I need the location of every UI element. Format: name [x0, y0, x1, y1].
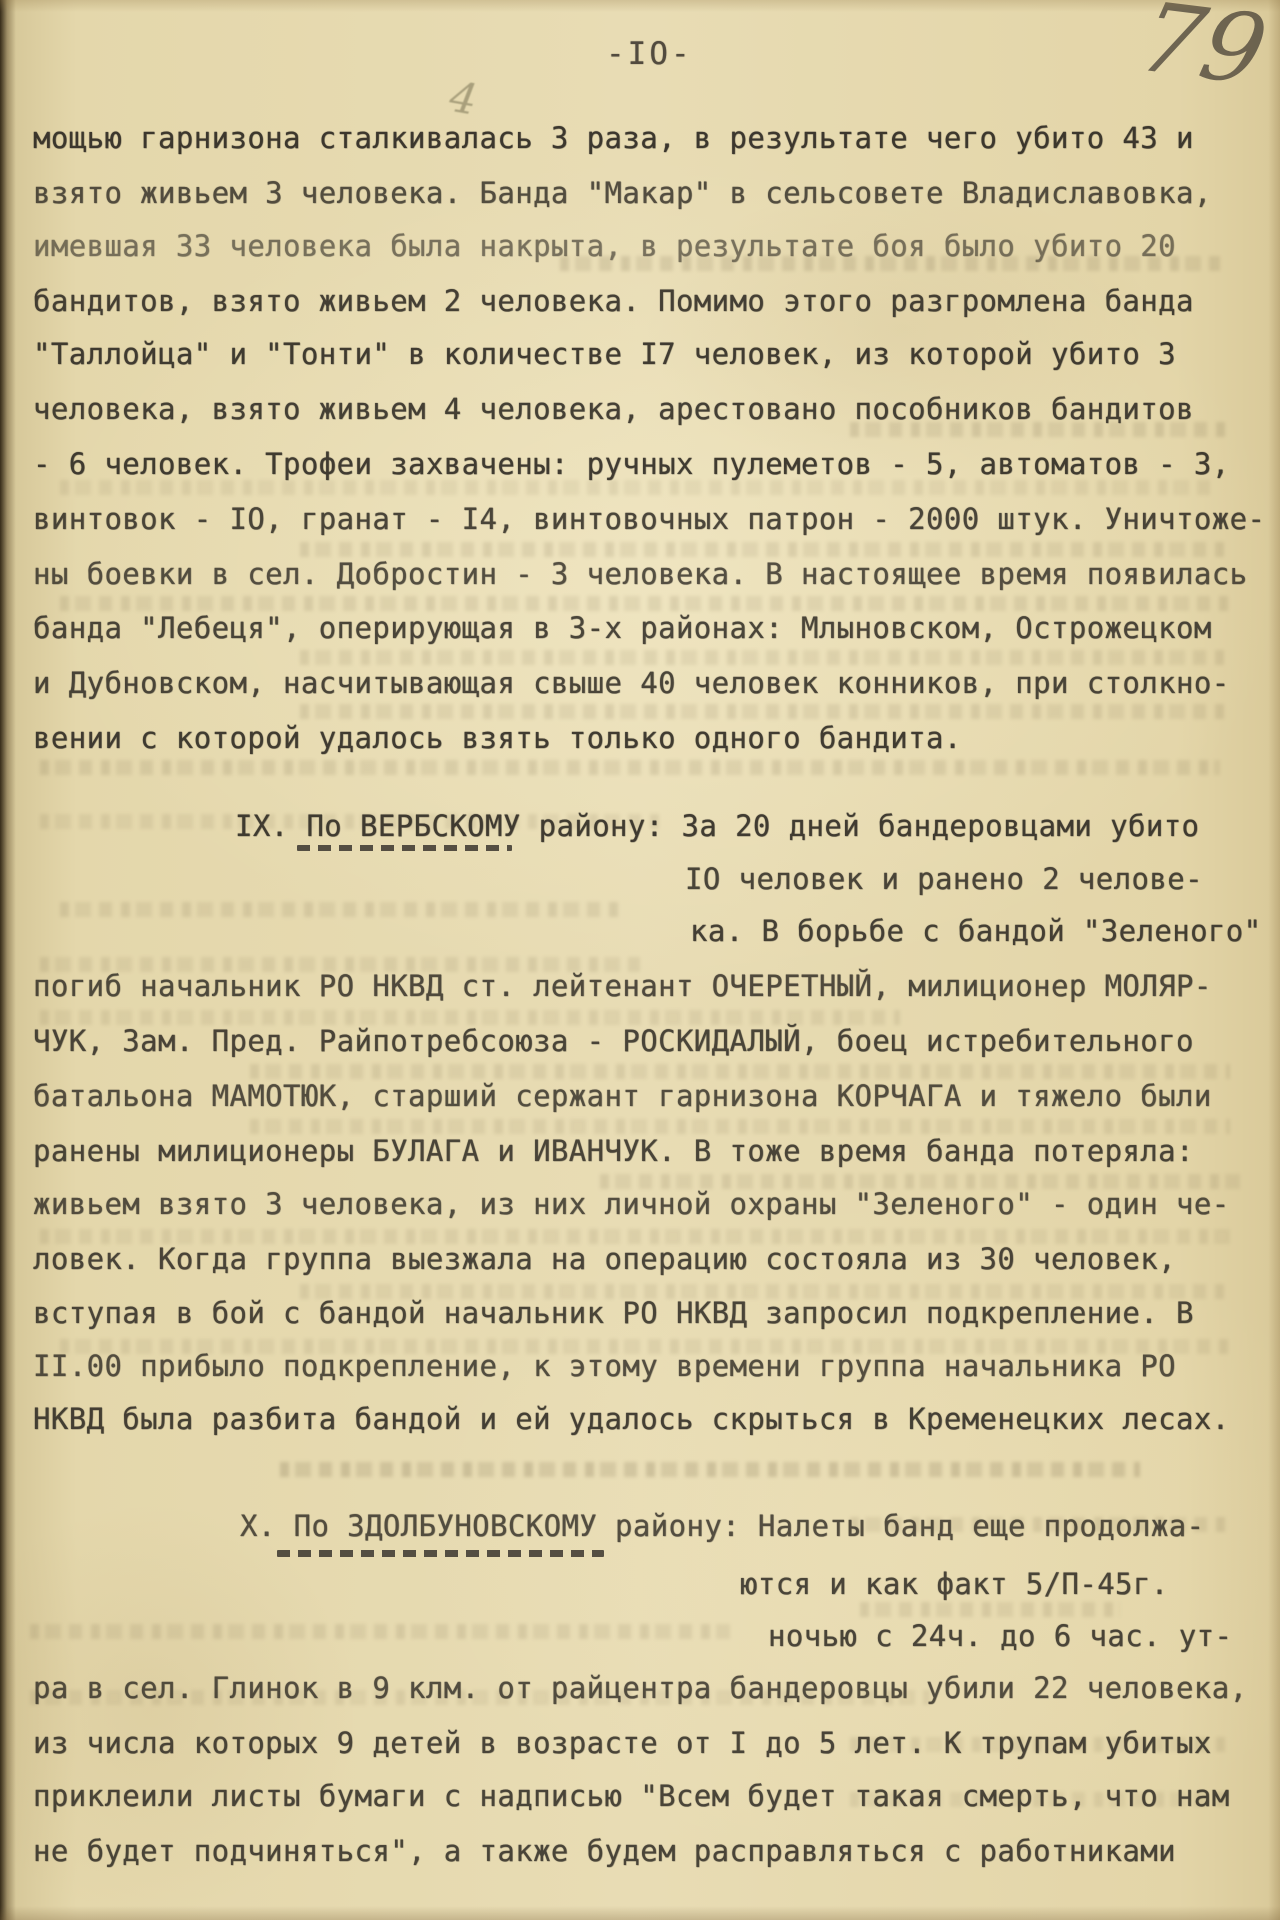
- section-heading-line: Х. По ЗДОЛБУНОВСКОМУ району: Налеты банд…: [240, 1512, 1204, 1541]
- paper-stain: [640, 180, 1160, 480]
- bleed-through-texture: [280, 1462, 1140, 1477]
- typed-line: взято живьем 3 человека. Банда "Макар" в…: [33, 179, 1212, 208]
- typed-line: II.00 прибыло подкрепление, к этому врем…: [33, 1352, 1176, 1381]
- typed-line: ранены милиционеры БУЛАГА и ИВАНЧУК. В т…: [33, 1137, 1194, 1166]
- typed-line: человека, взято живьем 4 человека, арест…: [33, 395, 1194, 424]
- typed-line: вении с которой удалось взять только одн…: [33, 724, 962, 753]
- typed-line: ночью с 24ч. до 6 час. ут-: [768, 1622, 1232, 1651]
- typed-line: ра в сел. Глинок в 9 клм. от райцентра б…: [33, 1674, 1247, 1703]
- bleed-through-texture: [60, 480, 1210, 495]
- typed-line: имевшая 33 человека была накрыта, в резу…: [33, 232, 1176, 261]
- bleed-through-texture: [250, 1064, 1230, 1079]
- section-x-heading-underline: [277, 1550, 604, 1557]
- typed-line: батальона МАМОТЮК, старший сержант гарни…: [33, 1082, 1212, 1111]
- section-ix-heading-underline: [297, 845, 512, 851]
- bleed-through-texture: [300, 650, 1230, 665]
- bleed-through-texture: [300, 542, 1230, 557]
- typed-line: погиб начальник РО НКВД ст. лейтенант ОЧ…: [33, 972, 1212, 1001]
- page-number: -IO-: [606, 36, 693, 72]
- bleed-through-texture: [250, 1119, 1230, 1134]
- paper-edge-left: [0, 0, 16, 1920]
- typed-line: ются и как факт 5/П-45г.: [740, 1570, 1169, 1599]
- typed-line: НКВД была разбита бандой и ей удалось ск…: [33, 1405, 1230, 1434]
- typed-line: "Таллойца" и "Тонти" в количестве I7 чел…: [33, 340, 1176, 369]
- paper-edge-right: [1268, 0, 1280, 1920]
- bleed-through-texture: [60, 596, 1230, 611]
- handwritten-pencil-mark: 4: [446, 72, 481, 125]
- bleed-through-texture: [300, 704, 1230, 719]
- typed-line: вступая в бой с бандой начальник РО НКВД…: [33, 1299, 1194, 1328]
- typed-line: ЧУК, Зам. Пред. Райпотребсоюза - РОСКИДА…: [33, 1027, 1194, 1056]
- typed-line: банда "Лебеця", оперирующая в 3-х района…: [33, 614, 1212, 643]
- typed-line: не будет подчиняться", а также будем рас…: [33, 1837, 1176, 1866]
- typed-line: бандитов, взято живьем 2 человека. Помим…: [33, 287, 1194, 316]
- typed-line: ловек. Когда группа выезжала на операцию…: [33, 1245, 1176, 1274]
- typed-line: из числа которых 9 детей в возрасте от I…: [33, 1729, 1212, 1758]
- typed-line: ны боевки в сел. Добростин - 3 человека.…: [33, 560, 1247, 589]
- paper-edge-top: [0, 0, 1280, 12]
- typed-line: приклеили листы бумаги с надписью "Всем …: [33, 1782, 1230, 1811]
- typed-line: живьем взято 3 человека, из них личной о…: [33, 1190, 1230, 1219]
- typed-line: мощью гарнизона сталкивалась 3 раза, в р…: [33, 124, 1194, 153]
- paper-edge-bottom: [0, 1906, 1280, 1920]
- section-heading-line: IX. По ВЕРБСКОМУ району: За 20 дней банд…: [235, 812, 1199, 841]
- bleed-through-texture: [40, 760, 1220, 775]
- bleed-through-texture: [60, 902, 620, 917]
- typed-line: ка. В борьбе с бандой "Зеленого": [690, 917, 1262, 946]
- typed-line: IO человек и ранено 2 челове-: [685, 865, 1203, 894]
- scanned-document-page: -IO- 79 4 мощью гарнизона сталкивалась 3…: [0, 0, 1280, 1920]
- typed-line: винтовок - IO, гранат - I4, винтовочных …: [33, 505, 1265, 534]
- typed-line: - 6 человек. Трофеи захвачены: ручных пу…: [33, 450, 1230, 479]
- typed-line: и Дубновском, насчитывающая свыше 40 чел…: [33, 669, 1230, 698]
- bleed-through-texture: [860, 1602, 1120, 1617]
- handwritten-folio-number: 79: [1130, 0, 1277, 106]
- bleed-through-texture: [40, 1010, 900, 1025]
